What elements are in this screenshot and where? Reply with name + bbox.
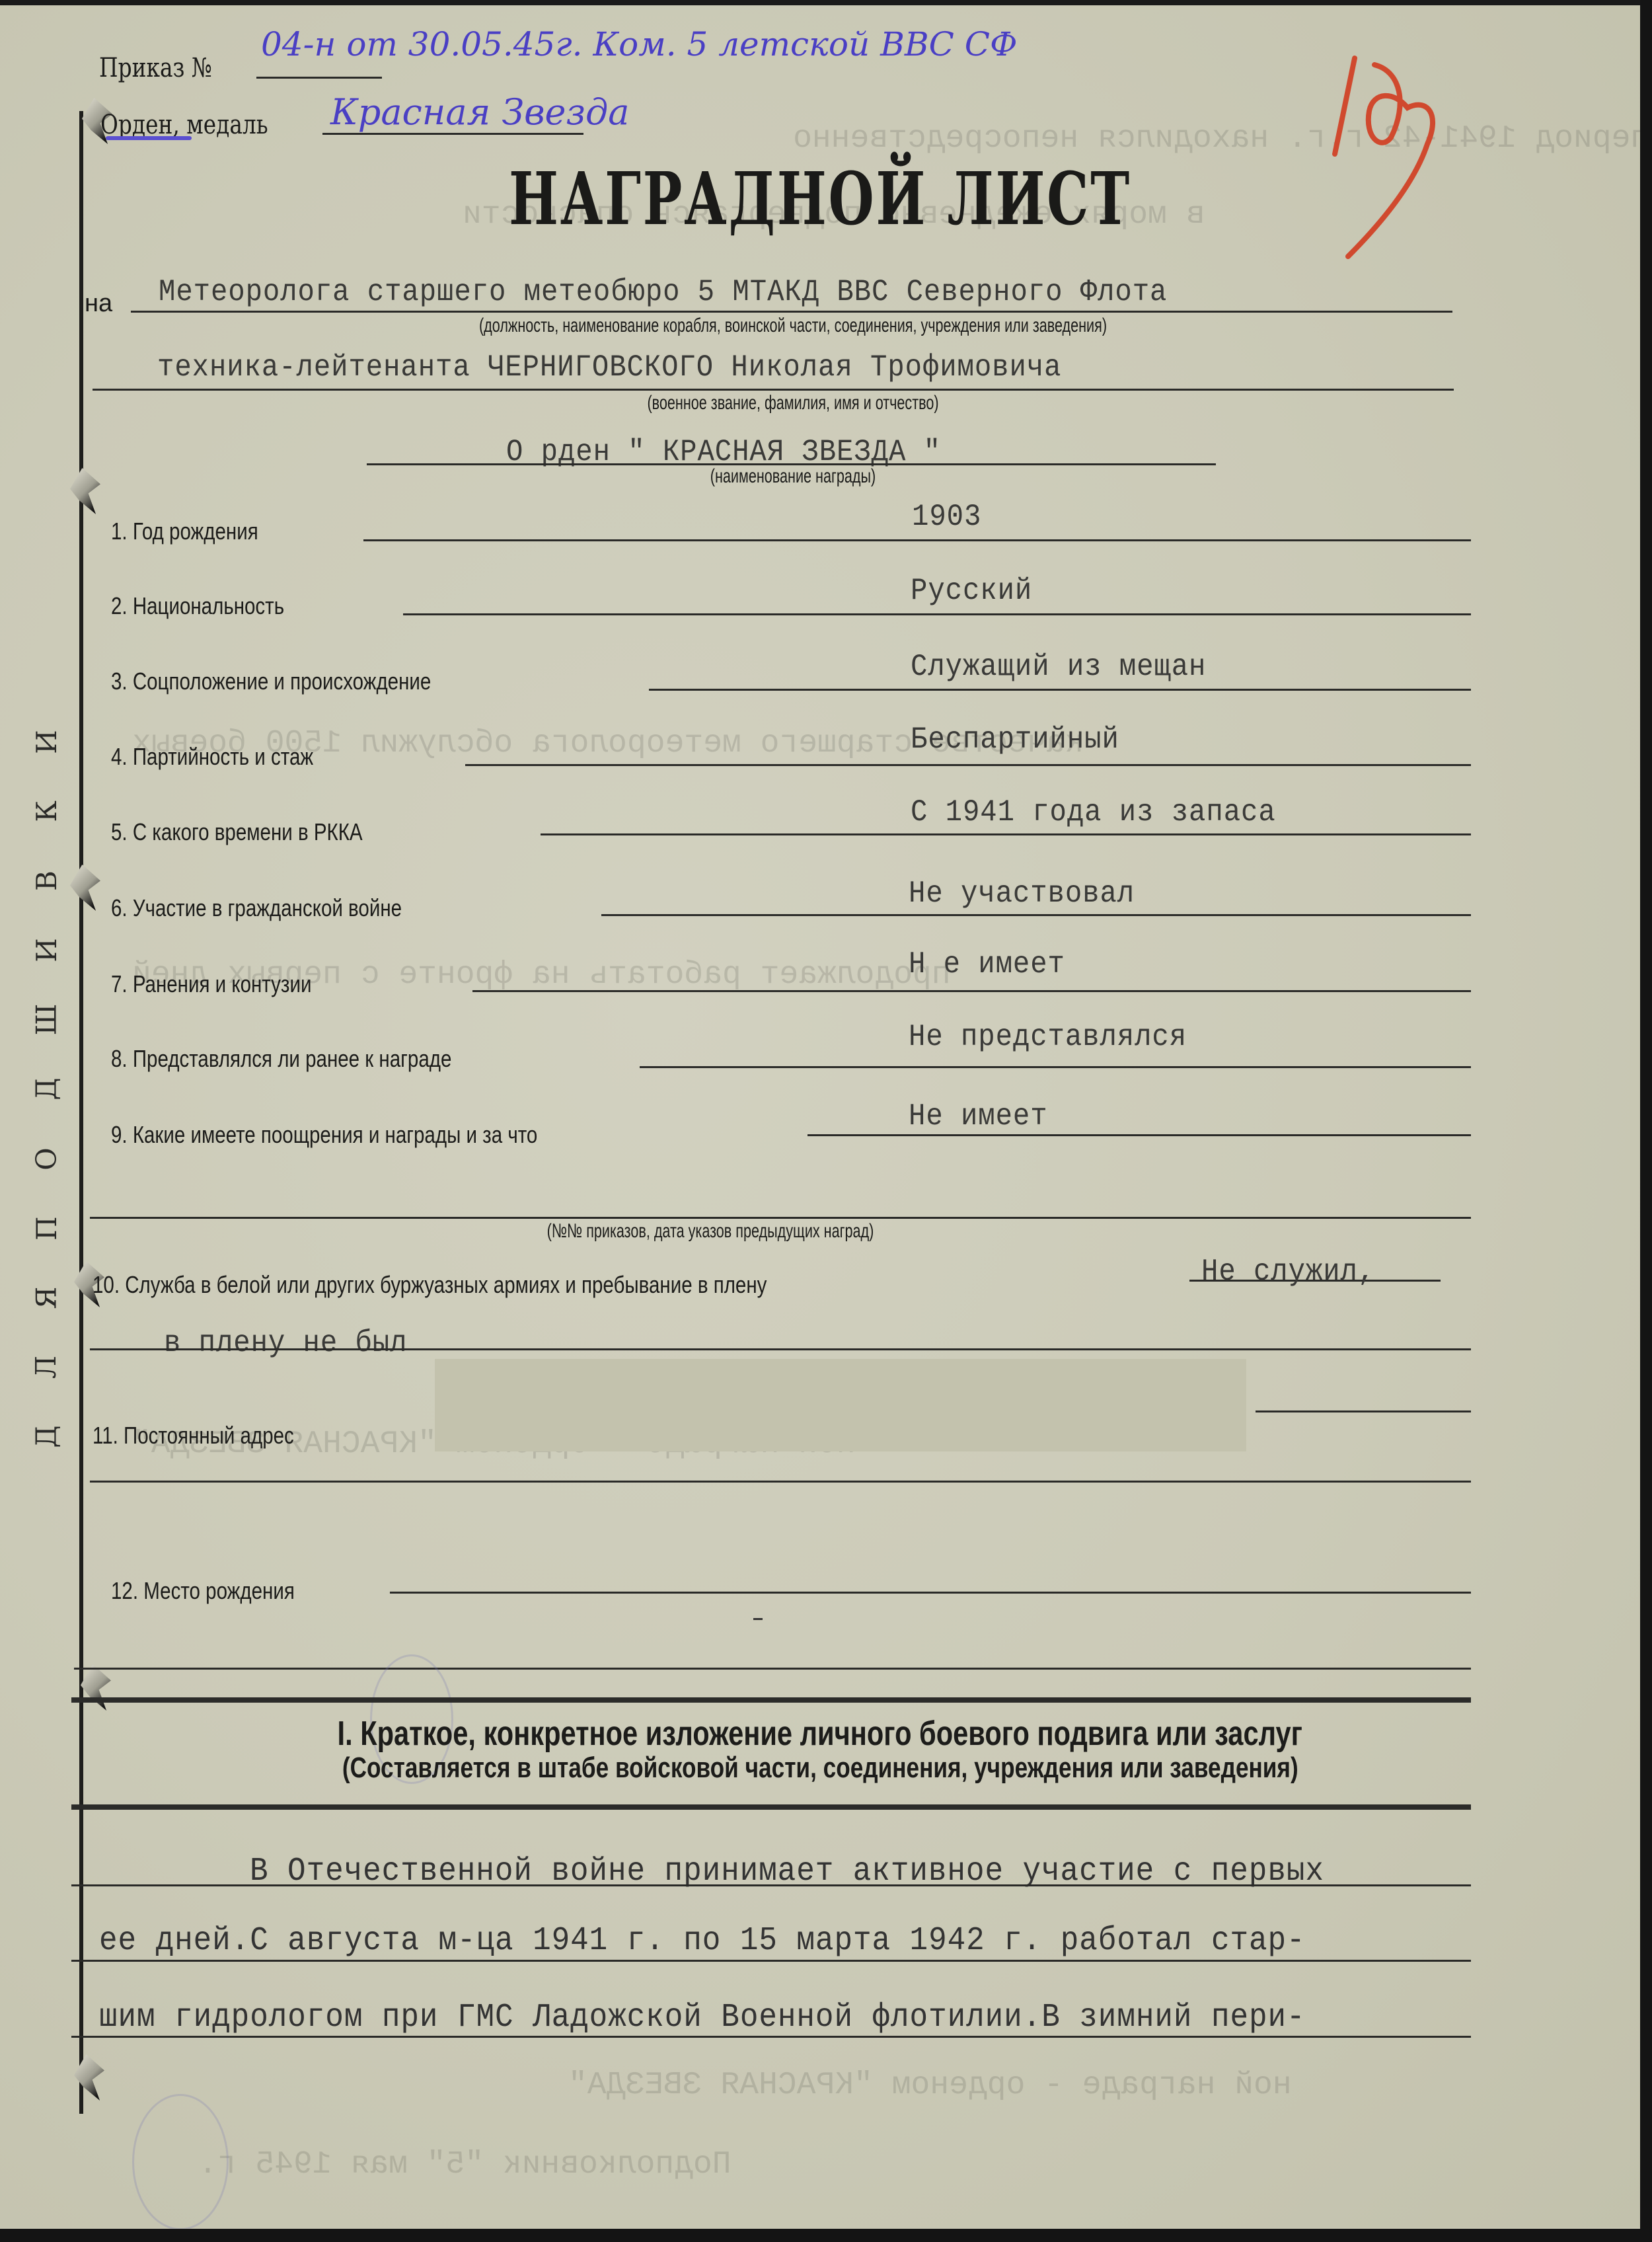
field-value-white-army: Не служил, bbox=[1201, 1255, 1375, 1289]
dash-mark bbox=[753, 1618, 763, 1620]
field-label: 7. Ранения и контузии bbox=[111, 970, 311, 998]
narrative-rule bbox=[71, 2036, 1471, 2038]
field-line bbox=[541, 833, 1471, 835]
field-line bbox=[74, 1668, 1471, 1670]
field-label: 11. Постоянный адрес bbox=[93, 1422, 294, 1450]
narrative-rule bbox=[71, 1960, 1471, 1962]
field-label: 8. Представлялся ли ранее к награде bbox=[111, 1045, 451, 1073]
section1-subtitle-wrap: (Составляется в штабе войсковой части, с… bbox=[0, 1752, 1640, 1785]
binding-margin-label: Д Л Я П О Д Ш И В К И bbox=[33, 726, 59, 1453]
section1-title: I. Краткое, конкретное изложение личного… bbox=[338, 1714, 1302, 1754]
margin-letter: Ш bbox=[30, 1004, 63, 1036]
field-label: 4. Партийность и стаж bbox=[111, 743, 313, 771]
binding-margin-rule bbox=[79, 111, 83, 2114]
field-value-civil-war: Не участвовал bbox=[909, 876, 1135, 911]
margin-letter: В bbox=[30, 870, 63, 891]
position-caption: (должность, наименование корабля, воинск… bbox=[317, 315, 1269, 337]
margin-letter: Д bbox=[30, 1078, 63, 1101]
section1-subtitle: (Составляется в штабе войсковой части, с… bbox=[342, 1752, 1298, 1785]
margin-letter: Л bbox=[30, 1356, 63, 1379]
field-line bbox=[472, 990, 1471, 992]
section1-title-wrap: I. Краткое, конкретное изложение личного… bbox=[0, 1714, 1640, 1754]
narrative-line-2: ее дней.С августа м-ца 1941 г. по 15 мар… bbox=[99, 1922, 1306, 1960]
field-value-awards: Не имеет bbox=[909, 1099, 1048, 1134]
field-label: 2. Национальность bbox=[111, 592, 284, 620]
paper-tear bbox=[81, 1664, 111, 1711]
field-line bbox=[1256, 1411, 1471, 1412]
position-value: Метеоролога старшего метеобюро 5 МТАКД В… bbox=[159, 275, 1167, 309]
field-line bbox=[403, 613, 1471, 615]
award-name-caption: (наименование награды) bbox=[317, 465, 1269, 488]
paper-tear bbox=[74, 2054, 104, 2101]
field-value-party: Беспартийный bbox=[911, 722, 1119, 757]
award-type-handwritten: Красная Звезда bbox=[330, 91, 629, 133]
narrative-rule bbox=[71, 1884, 1471, 1886]
margin-letter: Д bbox=[30, 1425, 63, 1448]
scan-border-bottom bbox=[0, 2229, 1652, 2242]
bleed-through-text: Подполковник "5" мая 1945 г. bbox=[198, 2147, 732, 2183]
field-line bbox=[363, 539, 1471, 541]
signature-ghost bbox=[132, 2094, 229, 2230]
field-label: 3. Соцположение и происхождение bbox=[111, 668, 431, 695]
field-line bbox=[640, 1066, 1471, 1068]
order-number-handwritten: 04-н от 30.05.45г. Ком. 5 летской ВВС СФ bbox=[261, 25, 1018, 63]
field-value-army-since: С 1941 года из запаса bbox=[911, 795, 1276, 830]
nominee-prefix: на bbox=[85, 290, 112, 318]
margin-letter: П bbox=[30, 1216, 62, 1241]
field-label: 10. Служба в белой или других буржуазных… bbox=[93, 1271, 767, 1299]
field-line bbox=[807, 1134, 1471, 1136]
handwritten-underline bbox=[106, 136, 192, 140]
name-caption: (военное звание, фамилия, имя и отчество… bbox=[317, 392, 1269, 414]
margin-letter: И bbox=[30, 938, 62, 962]
paper-tear bbox=[70, 865, 100, 911]
margin-letter: О bbox=[30, 1147, 63, 1170]
redacted-address-block bbox=[435, 1359, 1246, 1451]
field-label: 6. Участие в гражданской войне bbox=[111, 894, 402, 922]
field-value-social-origin: Служащий из мещан bbox=[911, 650, 1206, 684]
field-line bbox=[465, 764, 1471, 766]
field-value-wounds: Н е имеет bbox=[909, 947, 1065, 982]
document-title: НАГРАДНОЙ ЛИСТ bbox=[509, 156, 1131, 241]
order-number-label: Приказ № bbox=[99, 53, 212, 83]
position-line bbox=[131, 311, 1452, 313]
field-value-nationality: Русский bbox=[911, 574, 1032, 608]
name-line bbox=[93, 389, 1454, 391]
field-line bbox=[90, 1481, 1471, 1483]
margin-letter: Я bbox=[30, 1286, 62, 1309]
order-number-line bbox=[256, 77, 382, 79]
narrative-line-3: шим гидрологом при ГМС Ладожской Военной… bbox=[99, 1999, 1306, 2036]
field-label: 9. Какие имеете поощрения и награды и за… bbox=[111, 1121, 537, 1149]
field-label: 5. С какого времени в РККА bbox=[111, 818, 363, 846]
name-value: техника-лейтенанта ЧЕРНИГОВСКОГО Николая… bbox=[157, 350, 1061, 385]
field-line bbox=[90, 1348, 1471, 1350]
section-divider bbox=[71, 1697, 1471, 1703]
scan-border-top bbox=[0, 0, 1652, 5]
award-type-line bbox=[322, 133, 583, 135]
field-line bbox=[649, 689, 1471, 691]
paper-tear bbox=[70, 468, 100, 514]
field-label: 1. Год рождения bbox=[111, 518, 258, 545]
bleed-through-text: ной награде - орденом "КРАСНАЯ ЗВЕЗДА" bbox=[568, 2068, 1292, 2103]
field-line bbox=[90, 1217, 1471, 1219]
field-label: 12. Место рождения bbox=[111, 1577, 295, 1605]
field-line bbox=[390, 1592, 1471, 1594]
document-title-wrap: НАГРАДНОЙ ЛИСТ bbox=[0, 156, 1640, 241]
margin-letter: К bbox=[30, 800, 62, 822]
scan-border-right bbox=[1640, 0, 1652, 2242]
field-value-white-army-line2: в плену не был bbox=[164, 1326, 407, 1360]
margin-letter: И bbox=[30, 730, 62, 754]
field-line bbox=[601, 914, 1471, 916]
field-value-birth-year: 1903 bbox=[912, 500, 981, 534]
section-divider bbox=[71, 1804, 1471, 1810]
awards-caption: (№№ приказов, дата указов предыдущих наг… bbox=[294, 1220, 1127, 1243]
award-sheet-page: Д Л Я П О Д Ш И В К И в период 1941-42 г… bbox=[0, 5, 1640, 2227]
field-value-prior-nomination: Не представлялся bbox=[909, 1020, 1187, 1054]
